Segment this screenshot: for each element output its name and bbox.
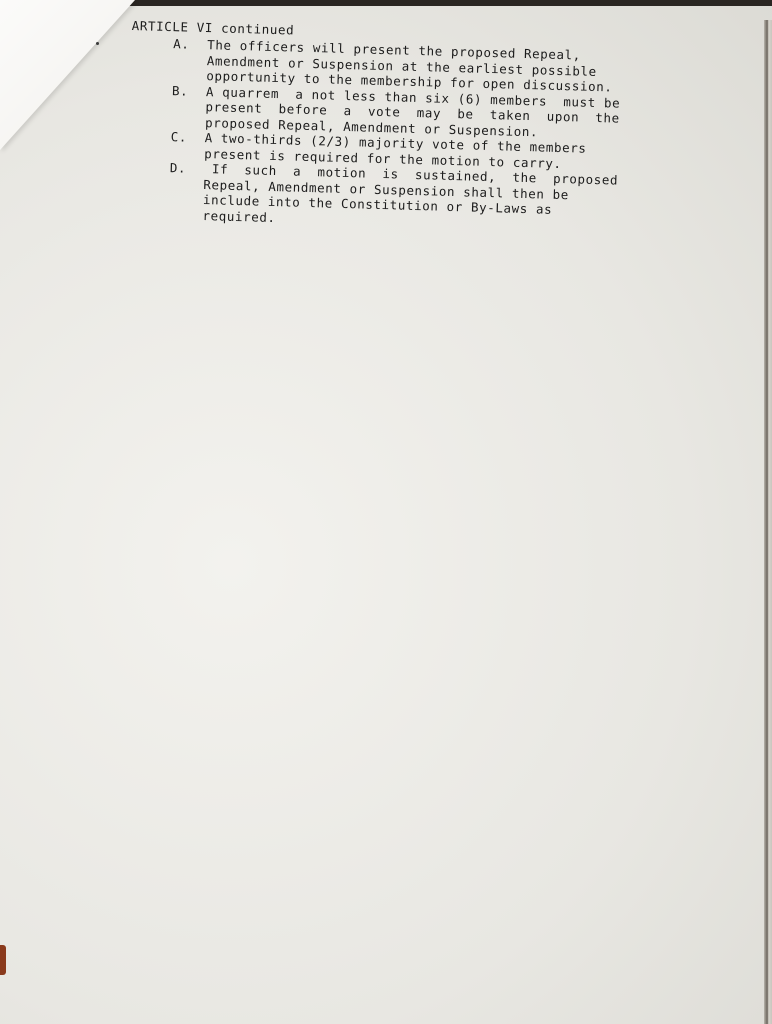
clause-label: B. bbox=[172, 83, 189, 99]
page-edge-shadow bbox=[764, 20, 772, 1024]
ink-speck bbox=[96, 42, 99, 45]
clause-label: D. bbox=[170, 160, 187, 176]
paper-page: ARTICLE VI continued A. The officers wil… bbox=[0, 0, 772, 1024]
clause-label: A. bbox=[173, 36, 190, 52]
clause-text: If such a motion is sustained, the propo… bbox=[202, 161, 688, 236]
clause-label: C. bbox=[170, 129, 187, 145]
stain-mark bbox=[0, 945, 6, 975]
background-edge bbox=[128, 0, 772, 6]
document-body: ARTICLE VI continued A. The officers wil… bbox=[126, 18, 691, 237]
